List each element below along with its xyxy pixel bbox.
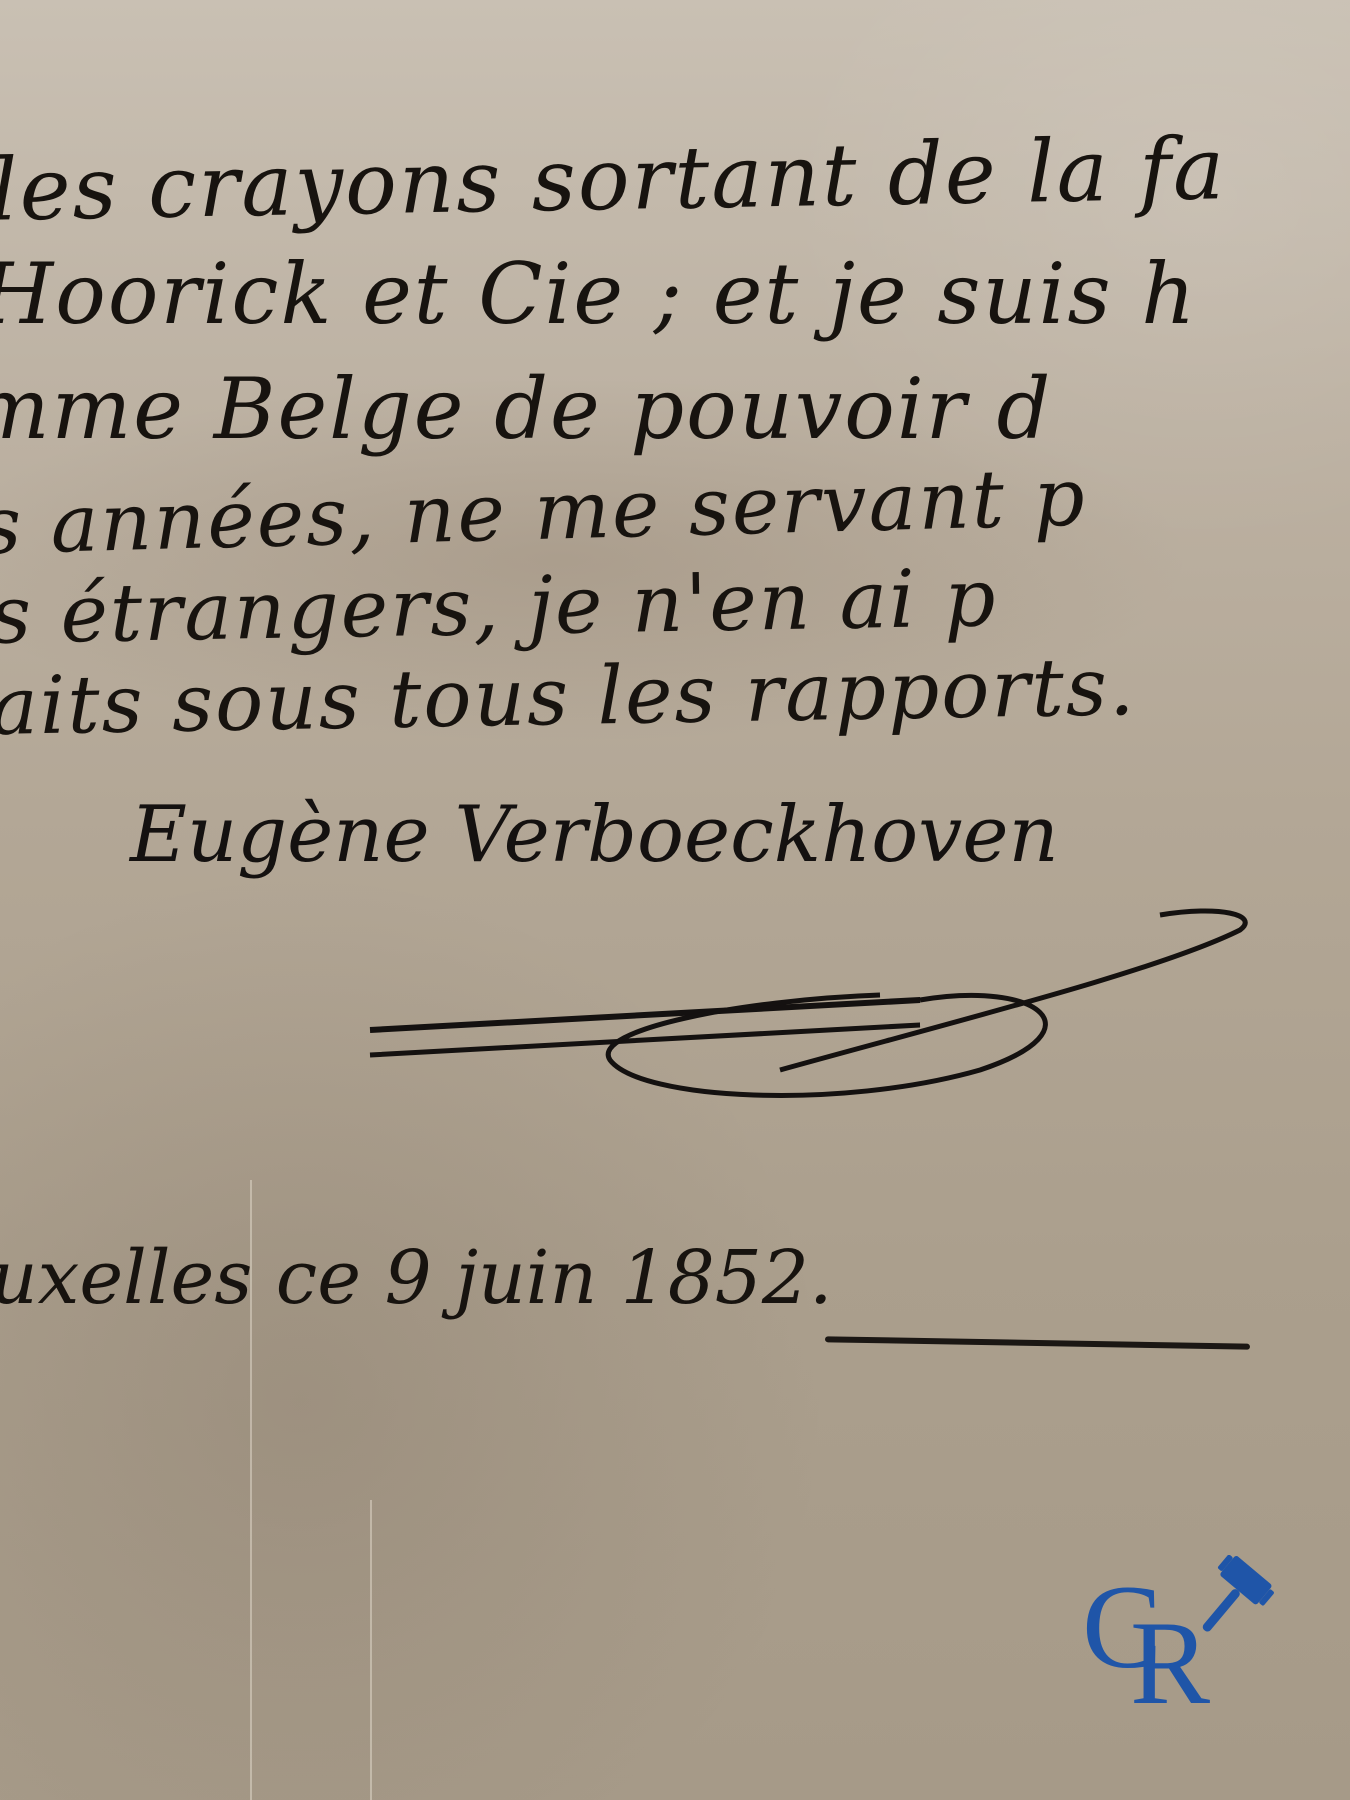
letter-line-3: mme Belge de pouvoir d <box>0 360 1052 458</box>
auction-house-logo: C R <box>1082 1555 1292 1715</box>
signature-flourish-icon <box>360 860 1260 1120</box>
gavel-icon <box>1194 1555 1294 1645</box>
paper-crease <box>370 1500 372 1800</box>
letter-line-2: Hoorick et Cie ; et je suis h <box>0 245 1197 343</box>
date-line: uxelles ce 9 juin 1852. <box>0 1235 832 1321</box>
